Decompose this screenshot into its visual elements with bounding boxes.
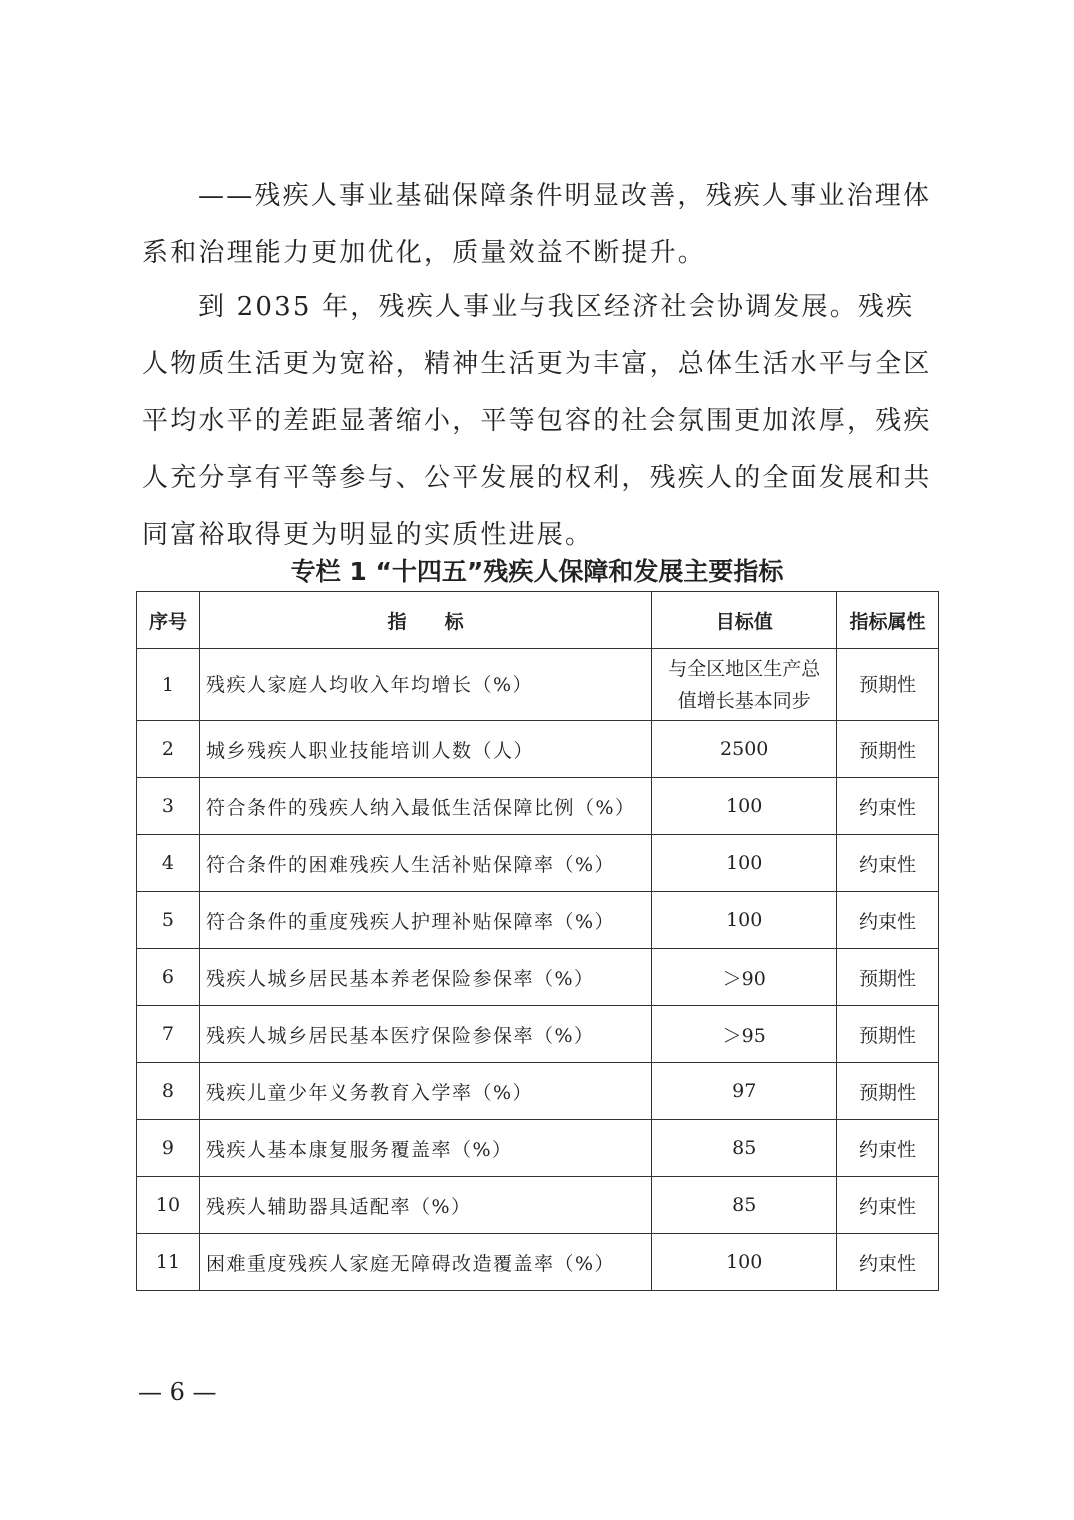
- row-indicator: 城乡残疾人职业技能培训人数（人）: [199, 721, 651, 778]
- row-attribute: 预期性: [837, 949, 939, 1006]
- row-attribute: 约束性: [837, 892, 939, 949]
- row-indicator: 符合条件的困难残疾人生活补贴保障率（%）: [199, 835, 651, 892]
- row-target: 2500: [652, 721, 837, 778]
- row-attribute: 约束性: [837, 835, 939, 892]
- header-attribute: 指标属性: [837, 592, 939, 649]
- page-number: — 6 —: [138, 1378, 217, 1406]
- row-indicator: 残疾人城乡居民基本医疗保险参保率（%）: [199, 1006, 651, 1063]
- table-header-row: 序号 指 标 目标值 指标属性: [137, 592, 939, 649]
- row-index: 4: [137, 835, 200, 892]
- row-indicator: 残疾人城乡居民基本养老保险参保率（%）: [199, 949, 651, 1006]
- row-index: 1: [137, 649, 200, 721]
- table-row: 6残疾人城乡居民基本养老保险参保率（%）＞90预期性: [137, 949, 939, 1006]
- table-row: 5符合条件的重度残疾人护理补贴保障率（%）100约束性: [137, 892, 939, 949]
- row-indicator: 残疾人家庭人均收入年均增长（%）: [199, 649, 651, 721]
- paragraph-2: 到 2035 年，残疾人事业与我区经济社会协调发展。残疾人物质生活更为宽裕，精神…: [142, 279, 940, 564]
- row-attribute: 约束性: [837, 1120, 939, 1177]
- row-attribute: 预期性: [837, 1006, 939, 1063]
- table-row: 11困难重度残疾人家庭无障碍改造覆盖率（%）100约束性: [137, 1234, 939, 1291]
- row-indicator: 符合条件的残疾人纳入最低生活保障比例（%）: [199, 778, 651, 835]
- table-row: 1残疾人家庭人均收入年均增长（%）与全区地区生产总值增长基本同步预期性: [137, 649, 939, 721]
- row-target: 85: [652, 1120, 837, 1177]
- row-target: 100: [652, 892, 837, 949]
- row-indicator: 残疾儿童少年义务教育入学率（%）: [199, 1063, 651, 1120]
- row-index: 2: [137, 721, 200, 778]
- table-row: 3符合条件的残疾人纳入最低生活保障比例（%）100约束性: [137, 778, 939, 835]
- row-index: 11: [137, 1234, 200, 1291]
- row-target: ＞95: [652, 1006, 837, 1063]
- row-index: 10: [137, 1177, 200, 1234]
- header-indicator: 指 标: [199, 592, 651, 649]
- row-indicator: 困难重度残疾人家庭无障碍改造覆盖率（%）: [199, 1234, 651, 1291]
- table-row: 2城乡残疾人职业技能培训人数（人）2500预期性: [137, 721, 939, 778]
- row-index: 9: [137, 1120, 200, 1177]
- row-index: 8: [137, 1063, 200, 1120]
- row-target: 100: [652, 1234, 837, 1291]
- indicators-table: 序号 指 标 目标值 指标属性 1残疾人家庭人均收入年均增长（%）与全区地区生产…: [136, 591, 939, 1291]
- header-target: 目标值: [652, 592, 837, 649]
- row-index: 7: [137, 1006, 200, 1063]
- row-index: 6: [137, 949, 200, 1006]
- row-target: 85: [652, 1177, 837, 1234]
- row-target: 100: [652, 778, 837, 835]
- row-target: ＞90: [652, 949, 837, 1006]
- header-index: 序号: [137, 592, 200, 649]
- row-attribute: 约束性: [837, 1177, 939, 1234]
- row-indicator: 残疾人基本康复服务覆盖率（%）: [199, 1120, 651, 1177]
- row-index: 3: [137, 778, 200, 835]
- table-row: 8残疾儿童少年义务教育入学率（%）97预期性: [137, 1063, 939, 1120]
- row-attribute: 预期性: [837, 721, 939, 778]
- table-row: 10残疾人辅助器具适配率（%）85约束性: [137, 1177, 939, 1234]
- row-attribute: 约束性: [837, 1234, 939, 1291]
- row-index: 5: [137, 892, 200, 949]
- table-title: 专栏 1 “十四五”残疾人保障和发展主要指标: [0, 552, 1074, 588]
- table-row: 9残疾人基本康复服务覆盖率（%）85约束性: [137, 1120, 939, 1177]
- row-target: 97: [652, 1063, 837, 1120]
- table-row: 7残疾人城乡居民基本医疗保险参保率（%）＞95预期性: [137, 1006, 939, 1063]
- row-indicator: 符合条件的重度残疾人护理补贴保障率（%）: [199, 892, 651, 949]
- row-attribute: 预期性: [837, 649, 939, 721]
- table-row: 4符合条件的困难残疾人生活补贴保障率（%）100约束性: [137, 835, 939, 892]
- row-indicator: 残疾人辅助器具适配率（%）: [199, 1177, 651, 1234]
- row-target: 100: [652, 835, 837, 892]
- row-attribute: 预期性: [837, 1063, 939, 1120]
- row-target: 与全区地区生产总值增长基本同步: [652, 649, 837, 721]
- row-attribute: 约束性: [837, 778, 939, 835]
- paragraph-1: ——残疾人事业基础保障条件明显改善，残疾人事业治理体系和治理能力更加优化，质量效…: [142, 168, 940, 282]
